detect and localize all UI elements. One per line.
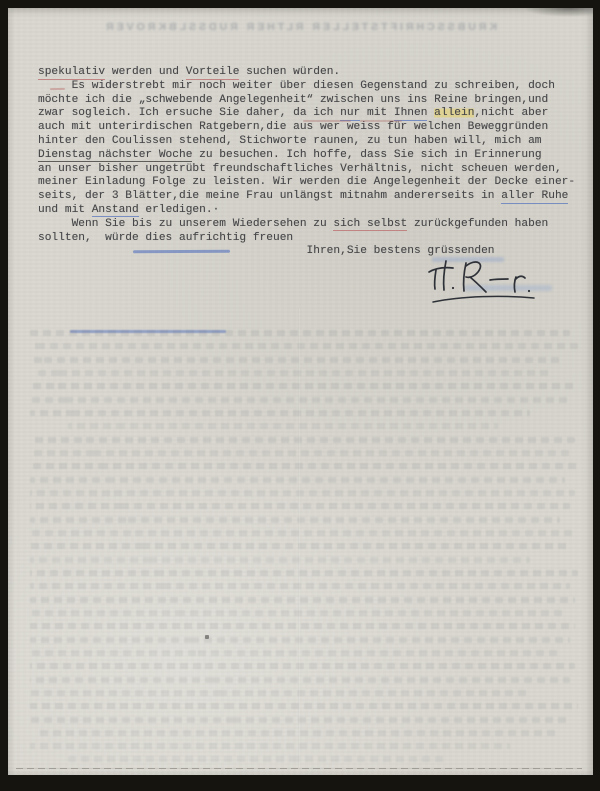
showthrough-line xyxy=(30,490,575,496)
vertical-fold-crease xyxy=(298,308,300,768)
letter-body: spekulativ werden und Vorteile suchen wü… xyxy=(38,66,575,259)
showthrough-line xyxy=(30,503,570,509)
letter-line: seits, der 3 Blätter,die meine Frau unlä… xyxy=(38,190,575,204)
ink-speck xyxy=(205,635,209,639)
letter-text: mit xyxy=(360,107,394,119)
showthrough-line xyxy=(30,743,510,749)
marked-text: aller Ruhe xyxy=(501,190,568,204)
letter-line: meiner Einladung Folge zu leisten. Wir w… xyxy=(38,176,575,190)
marked-text: Ihnen xyxy=(394,107,428,121)
bottom-fold-line xyxy=(16,768,582,769)
showthrough-line xyxy=(30,597,575,603)
letter-line: sollten, würde dies aufrichtig freuen xyxy=(38,232,575,246)
letter-line: Es widerstrebt mir noch weiter über dies… xyxy=(38,80,575,94)
showthrough-line xyxy=(30,703,578,709)
showthrough-line xyxy=(30,343,578,349)
showthrough-line xyxy=(30,450,570,456)
letter-text: zwar sogleich. Ich ersuche Sie daher, da… xyxy=(38,107,340,119)
showthrough-line xyxy=(30,717,570,723)
showthrough-line xyxy=(30,330,570,336)
letter-text: werden und xyxy=(105,66,186,78)
showthrough-line xyxy=(30,517,560,523)
showthrough-line xyxy=(30,463,578,469)
showthrough-line xyxy=(30,437,575,443)
letter-text: und mit xyxy=(38,204,92,216)
letter-text: sollten, würde dies aufrichtig freuen xyxy=(38,232,293,244)
letter-line: spekulativ werden und Vorteile suchen wü… xyxy=(38,66,575,80)
handwritten-signature xyxy=(422,254,550,312)
marked-text: allein xyxy=(434,107,474,119)
letter-text: seits, der 3 Blätter,die meine Frau unlä… xyxy=(38,190,501,202)
marked-text: sich selbst xyxy=(333,218,407,232)
marked-text: Vorteile xyxy=(186,66,240,80)
letter-line: und mit Anstand erledigen.· xyxy=(38,204,575,218)
showthrough-letterhead: KRUBSSCHRIFTSTELLER RLTHER RUDSSLBKROVER xyxy=(38,19,562,37)
showthrough-line xyxy=(30,690,530,696)
letter-text: zu besuchen. Ich hoffe, dass Sie sich in… xyxy=(192,149,541,161)
showthrough-line xyxy=(30,583,570,589)
marked-text: nur xyxy=(340,107,360,121)
showthrough-line xyxy=(30,543,570,549)
showthrough-line xyxy=(68,423,498,429)
red-pencil-mark xyxy=(303,120,351,122)
letter-text: zurückgefunden haben xyxy=(407,218,548,230)
showthrough-line xyxy=(30,677,570,683)
letter-line: Wenn Sie bis zu unserem Wiedersehen zu s… xyxy=(38,218,575,232)
letter-text: meiner Einladung Folge zu leisten. Wir w… xyxy=(38,176,575,188)
letter-line: hinter den Coulissen stehend, Stichworte… xyxy=(38,135,575,149)
showthrough-line xyxy=(30,530,575,536)
marked-text: Anstand xyxy=(92,204,139,218)
letter-text: erledigen.· xyxy=(139,204,220,216)
blue-pencil-underline xyxy=(133,250,230,253)
letter-text: Es widerstrebt mir noch weiter über dies… xyxy=(38,80,555,92)
showthrough-line xyxy=(30,650,560,656)
showthrough-line xyxy=(30,570,578,576)
showthrough-line xyxy=(30,663,575,669)
letter-text: Wenn Sie bis zu unserem Wiedersehen zu xyxy=(38,218,333,230)
showthrough-line xyxy=(30,623,575,629)
showthrough-line xyxy=(30,397,570,403)
showthrough-line xyxy=(68,756,448,762)
showthrough-line xyxy=(30,357,560,363)
showthrough-line xyxy=(30,410,530,416)
letter-line: möchte ich die „schwebende Angelegenheit… xyxy=(38,94,575,108)
red-pencil-mark xyxy=(360,120,402,122)
showthrough-line xyxy=(30,557,530,563)
letter-text: hinter den Coulissen stehend, Stichworte… xyxy=(38,135,542,147)
marked-text: Dienstag nächster Woche xyxy=(38,149,192,163)
letter-line: an unser bisher ungetrübt freundschaftli… xyxy=(38,163,575,177)
red-pencil-dash xyxy=(50,88,65,90)
letter-text: suchen würden. xyxy=(239,66,340,78)
letter-paper: KRUBSSCHRIFTSTELLER RLTHER RUDSSLBKROVER… xyxy=(8,8,593,775)
letter-text: an unser bisher ungetrübt freundschaftli… xyxy=(38,163,562,175)
letter-text: möchte ich die „schwebende Angelegenheit… xyxy=(38,94,548,106)
signature-ink-icon xyxy=(422,254,550,312)
marked-text: spekulativ xyxy=(38,66,105,80)
letter-text: ,nicht aber xyxy=(474,107,548,119)
letter-text: auch mit unterirdischen Ratgebern,die au… xyxy=(38,121,548,133)
showthrough-line xyxy=(30,383,575,389)
showthrough-line xyxy=(30,637,570,643)
scanned-letter-page: { "document": { "kind": "typewritten let… xyxy=(0,0,600,791)
letter-line: auch mit unterirdischen Ratgebern,die au… xyxy=(38,121,575,135)
letter-line: Dienstag nächster Woche zu besuchen. Ich… xyxy=(38,149,575,163)
showthrough-line xyxy=(38,370,553,376)
